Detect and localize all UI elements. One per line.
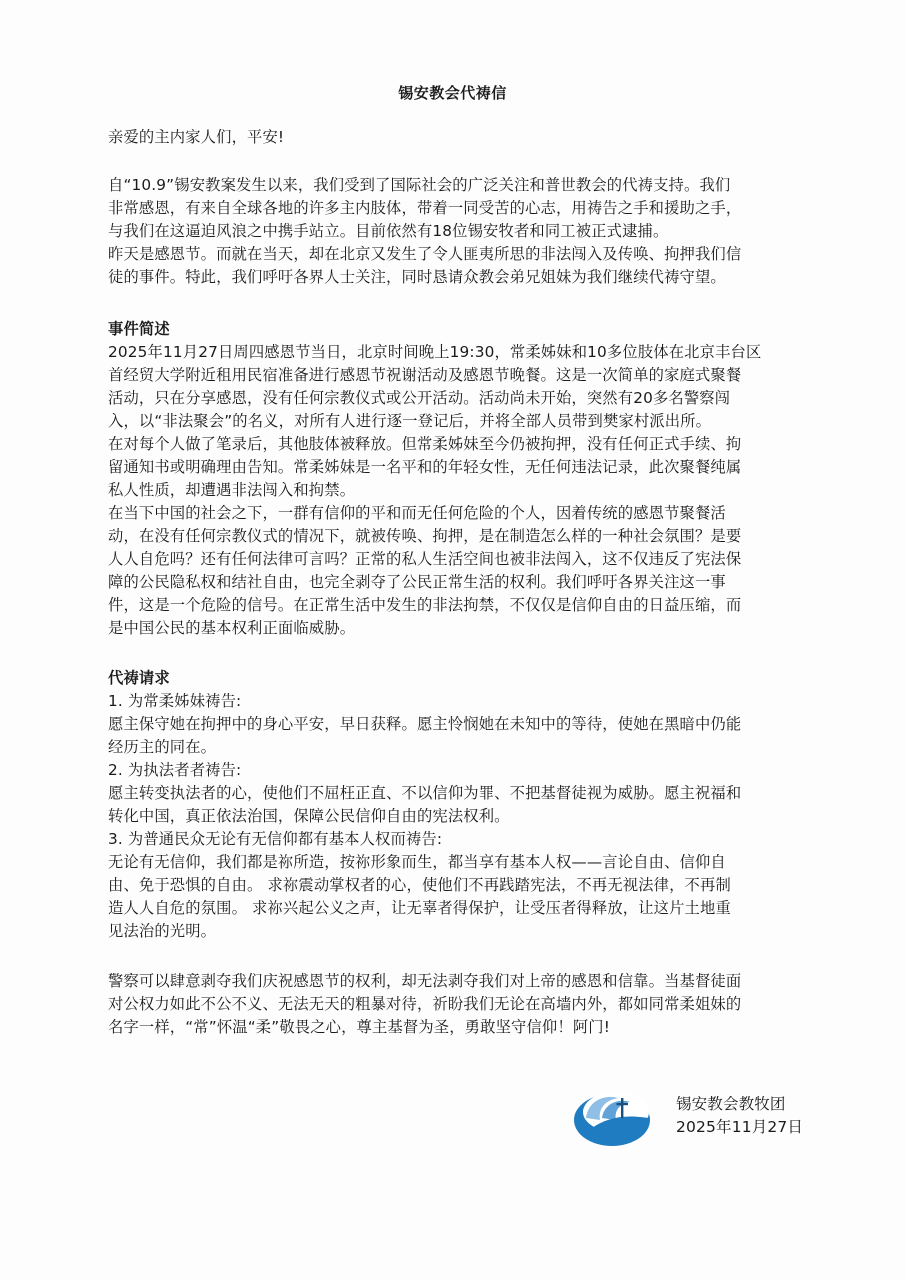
event-line: 障的公民隐私权和结社自由，也完全剥夺了公民正常生活的权利。我们呼吁各界关注这一事 bbox=[108, 571, 808, 594]
prayer-heading: 代祷请求 bbox=[108, 667, 808, 690]
prayer-line: 转化中国，真正依法治国，保障公民信仰自由的宪法权利。 bbox=[108, 805, 808, 828]
letter-page: 锡安教会代祷信 亲爱的主内家人们，平安! 自“10.9”锡安教案发生以来，我们受… bbox=[0, 0, 905, 1280]
intro-paragraph: 自“10.9”锡安教案发生以来，我们受到了国际社会的广泛关注和普世教会的代祷支持… bbox=[108, 174, 808, 289]
prayer-line: 无论有无信仰，我们都是祢所造，按祢形象而生，都当享有基本人权——言论自由、信仰自 bbox=[108, 851, 808, 874]
prayer-section: 代祷请求 1. 为常柔姊妹祷告: 愿主保守她在拘押中的身心平安，早日获释。愿主怜… bbox=[108, 667, 808, 943]
event-line: 私人性质，却遭遇非法闯入和拘禁。 bbox=[108, 479, 808, 502]
closing-line: 名字一样，“常”怀温“柔”敬畏之心，尊主基督为圣，勇敢坚守信仰！阿门! bbox=[108, 1016, 808, 1039]
zion-church-logo-icon bbox=[572, 1088, 652, 1148]
prayer-item-title: 2. 为执法者者祷告: bbox=[108, 759, 808, 782]
letter-title: 锡安教会代祷信 bbox=[0, 82, 905, 103]
prayer-line: 由、免于恐惧的自由。 求祢震动掌权者的心，使他们不再践踏宪法，不再无视法律，不再… bbox=[108, 874, 808, 897]
prayer-item-title: 1. 为常柔姊妹祷告: bbox=[108, 690, 808, 713]
prayer-item-title: 3. 为普通民众无论有无信仰都有基本人权而祷告: bbox=[108, 828, 808, 851]
intro-line: 昨天是感恩节。而就在当天，却在北京又发生了令人匪夷所思的非法闯入及传唤、拘押我们… bbox=[108, 243, 808, 266]
prayer-line: 经历主的同在。 bbox=[108, 736, 808, 759]
prayer-line: 造人人自危的氛围。 求祢兴起公义之声，让无辜者得保护，让受压者得释放，让这片土地… bbox=[108, 897, 808, 920]
intro-line: 与我们在这逼迫风浪之中携手站立。目前依然有18位锡安牧者和同工被正式逮捕。 bbox=[108, 220, 808, 243]
greeting: 亲爱的主内家人们，平安! bbox=[108, 126, 808, 149]
prayer-line: 愿主转变执法者的心，使他们不屈枉正直、不以信仰为罪、不把基督徒视为威胁。愿主祝福… bbox=[108, 782, 808, 805]
signature-organization: 锡安教会教牧团 bbox=[676, 1093, 803, 1116]
event-section: 事件简述 2025年11月27日周四感恩节当日，北京时间晚上19:30，常柔姊妹… bbox=[108, 318, 808, 640]
signature-date: 2025年11月27日 bbox=[676, 1116, 803, 1139]
event-heading: 事件简述 bbox=[108, 318, 808, 341]
event-line: 人人自危吗？还有任何法律可言吗？正常的私人生活空间也被非法闯入，这不仅违反了宪法… bbox=[108, 548, 808, 571]
event-line: 活动，只在分享感恩，没有任何宗教仪式或公开活动。活动尚未开始，突然有20多名警察… bbox=[108, 387, 808, 410]
closing-line: 对公权力如此不公不义、无法无天的粗暴对待，祈盼我们无论在高墙内外，都如同常柔姐妹… bbox=[108, 993, 808, 1016]
event-line: 2025年11月27日周四感恩节当日，北京时间晚上19:30，常柔姊妹和10多位… bbox=[108, 341, 808, 364]
event-line: 入，以“非法聚会”的名义，对所有人进行逐一登记后，并将全部人员带到樊家村派出所。 bbox=[108, 410, 808, 433]
event-line: 在当下中国的社会之下，一群有信仰的平和而无任何危险的个人，因着传统的感恩节聚餐活 bbox=[108, 502, 808, 525]
event-line: 是中国公民的基本权利正面临威胁。 bbox=[108, 617, 808, 640]
closing-paragraph: 警察可以肆意剥夺我们庆祝感恩节的权利，却无法剥夺我们对上帝的感恩和信靠。当基督徒… bbox=[108, 970, 808, 1039]
intro-line: 非常感恩，有来自全球各地的许多主内肢体，带着一同受苦的心志，用祷告之手和援助之手… bbox=[108, 197, 808, 220]
event-line: 留通知书或明确理由告知。常柔姊妹是一名平和的年轻女性，无任何违法记录，此次聚餐纯… bbox=[108, 456, 808, 479]
greeting-text: 亲爱的主内家人们，平安! bbox=[108, 126, 808, 149]
event-line: 动，在没有任何宗教仪式的情况下，就被传唤、拘押，是在制造怎么样的一种社会氛围？是… bbox=[108, 525, 808, 548]
closing-line: 警察可以肆意剥夺我们庆祝感恩节的权利，却无法剥夺我们对上帝的感恩和信靠。当基督徒… bbox=[108, 970, 808, 993]
prayer-line: 愿主保守她在拘押中的身心平安，早日获释。愿主怜悯她在未知中的等待，使她在黑暗中仍… bbox=[108, 713, 808, 736]
signature-block: 锡安教会教牧团 2025年11月27日 bbox=[676, 1093, 803, 1139]
event-line: 首经贸大学附近租用民宿准备进行感恩节祝谢活动及感恩节晚餐。这是一次简单的家庭式聚… bbox=[108, 364, 808, 387]
prayer-line: 见法治的光明。 bbox=[108, 920, 808, 943]
intro-line: 徒的事件。特此，我们呼吁各界人士关注，同时恳请众教会弟兄姐妹为我们继续代祷守望。 bbox=[108, 266, 808, 289]
event-line: 件，这是一个危险的信号。在正常生活中发生的非法拘禁，不仅仅是信仰自由的日益压缩，… bbox=[108, 594, 808, 617]
event-line: 在对每个人做了笔录后，其他肢体被释放。但常柔姊妹至今仍被拘押，没有任何正式手续、… bbox=[108, 433, 808, 456]
intro-line: 自“10.9”锡安教案发生以来，我们受到了国际社会的广泛关注和普世教会的代祷支持… bbox=[108, 174, 808, 197]
